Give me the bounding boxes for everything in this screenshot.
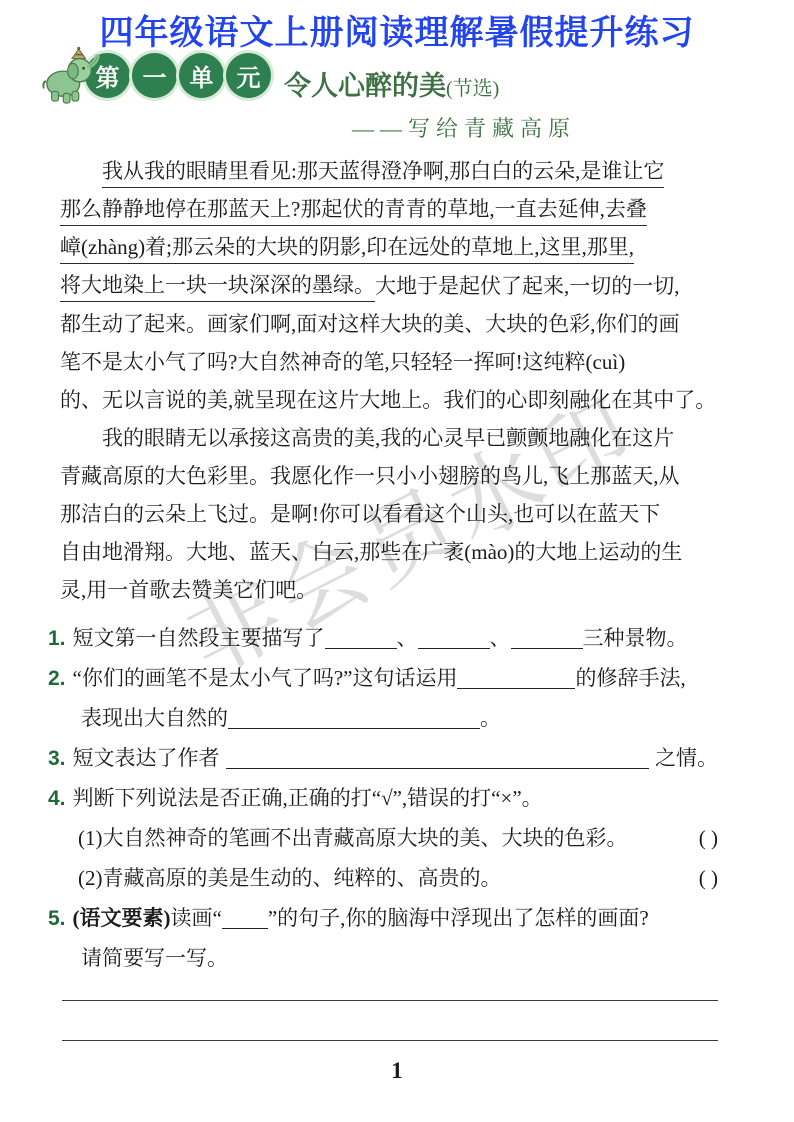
article-subtitle: ——写给青藏高原 (352, 112, 576, 143)
question-text: 短文第一自然段主要描写了 (73, 628, 325, 649)
question-text: 、 (397, 628, 418, 649)
passage-text: 的、无以言说的美,就呈现在这片大地上。我们的心即刻融化在其中了。 (60, 390, 716, 416)
question-text: ”的句子,你的脑海中浮现出了怎样的画面? (268, 908, 649, 929)
passage-line: 那洁白的云朵上飞过。是啊!你可以看看这个山头,也可以在蓝天下 (60, 492, 718, 530)
passage-text: 灵,用一首歌去赞美它们吧。 (60, 580, 317, 606)
question-text: 短文表达了作者 (73, 748, 220, 769)
passage-line: 自由地滑翔。大地、蓝天、白云,那些在广袤(mào)的大地上运动的生 (60, 530, 718, 568)
badge-circle: 单 (179, 53, 224, 98)
passage-line: 嶂(zhàng)着;那云朵的大块的阴影,印在远处的草地上,这里,那里, (60, 226, 718, 264)
question-text: 。 (480, 708, 501, 729)
question-text: 请简要写一写。 (81, 948, 228, 969)
question-2-continued: 表现出大自然的 。 (48, 694, 718, 734)
passage-text: 自由地滑翔。大地、蓝天、白云,那些在广袤(mào)的大地上运动的生 (60, 542, 682, 568)
answer-paren: ( ) (699, 828, 718, 849)
passage-line: 我的眼睛无以承接这高贵的美,我的心灵早已颤颤地融化在这片 (60, 416, 718, 454)
question-1: 1. 短文第一自然段主要描写了 、 、 三种景物。 (48, 614, 718, 654)
passage-line: 的、无以言说的美,就呈现在这片大地上。我们的心即刻融化在其中了。 (60, 378, 718, 416)
question-number: 1. (48, 628, 66, 649)
passage-text: 笔不是太小气了吗?大自然神奇的笔,只轻轻一挥呵!这纯粹(cuì) (60, 352, 625, 378)
passage-text: 那么静静地停在那蓝天上?那起伏的青青的草地,一直去延伸,去叠 (60, 199, 647, 226)
question-5-continued: 请简要写一写。 (48, 934, 718, 974)
passage-line: 都生动了起来。画家们啊,面对这样大块的美、大块的色彩,你们的画 (60, 302, 718, 340)
answer-blank (457, 685, 575, 689)
passage-text: 将大地染上一块一块深深的墨绿。 (60, 275, 375, 302)
page-number: 1 (0, 1058, 794, 1084)
question-text: 之情。 (655, 748, 718, 769)
question-text: (1)大自然神奇的笔画不出青藏高原大块的美、大块的色彩。 (78, 828, 627, 849)
answer-blank (228, 725, 480, 729)
main-content: 我从我的眼睛里看见:那天蓝得澄净啊,那白白的云朵,是谁让它 那么静静地停在那蓝天… (48, 150, 718, 974)
answer-line (62, 1040, 718, 1041)
unit-badge: 第 一 单 元 (40, 46, 271, 104)
passage-line: 青藏高原的大色彩里。我愿化作一只小小翅膀的鸟儿,飞上那蓝天,从 (60, 454, 718, 492)
question-tag: (语文要素) (73, 908, 171, 929)
passage-text: 我的眼睛无以承接这高贵的美,我的心灵早已颤颤地融化在这片 (102, 428, 674, 454)
question-3: 3. 短文表达了作者 之情。 (48, 734, 718, 774)
question-number: 4. (48, 788, 66, 809)
article-title: 令人心醉的美(节选) (284, 64, 499, 103)
unit-badge-circles: 第 一 单 元 (88, 53, 271, 98)
answer-blank (325, 645, 397, 649)
passage-line: 笔不是太小气了吗?大自然神奇的笔,只轻轻一挥呵!这纯粹(cuì) (60, 340, 718, 378)
passage-line: 我从我的眼睛里看见:那天蓝得澄净啊,那白白的云朵,是谁让它 (60, 150, 718, 188)
badge-circle: 元 (226, 53, 271, 98)
passage-text: 我从我的眼睛里看见:那天蓝得澄净啊,那白白的云朵,是谁让它 (102, 161, 664, 188)
question-text: (2)青藏高原的美是生动的、纯粹的、高贵的。 (78, 868, 502, 889)
answer-blank (226, 765, 649, 769)
elephant-icon (40, 46, 102, 104)
article-title-text: 令人心醉的美 (284, 71, 446, 101)
passage-line: 那么静静地停在那蓝天上?那起伏的青青的草地,一直去延伸,去叠 (60, 188, 718, 226)
question-4: 4. 判断下列说法是否正确,正确的打“√”,错误的打“×”。 (48, 774, 718, 814)
passage-text: 那洁白的云朵上飞过。是啊!你可以看看这个山头,也可以在蓝天下 (60, 504, 660, 530)
answer-line (62, 1000, 718, 1001)
passage-line: 灵,用一首歌去赞美它们吧。 (60, 568, 718, 606)
badge-circle: 一 (132, 53, 177, 98)
question-number: 3. (48, 748, 66, 769)
article-title-note: (节选) (446, 78, 499, 100)
passage-text: 都生动了起来。画家们啊,面对这样大块的美、大块的色彩,你们的画 (60, 314, 680, 340)
answer-paren: ( ) (699, 868, 718, 889)
answer-blank (222, 925, 268, 929)
answer-blank (511, 645, 583, 649)
content-layer: 四年级语文上册阅读理解暑假提升练习 第 一 单 (0, 0, 794, 1122)
question-text: 三种景物。 (583, 628, 688, 649)
passage-line: 将大地染上一块一块深深的墨绿。大地于是起伏了起来,一切的一切, (60, 264, 718, 302)
question-number: 5. (48, 908, 66, 929)
question-text: 、 (490, 628, 511, 649)
passage-text: 嶂(zhàng)着;那云朵的大块的阴影,印在远处的草地上,这里,那里, (60, 237, 634, 264)
question-text: 判断下列说法是否正确,正确的打“√”,错误的打“×”。 (73, 788, 543, 809)
passage-text: 青藏高原的大色彩里。我愿化作一只小小翅膀的鸟儿,飞上那蓝天,从 (60, 466, 680, 492)
question-text: “你们的画笔不是太小气了吗?”这句话运用 (73, 668, 458, 689)
question-text: 表现出大自然的 (81, 708, 228, 729)
worksheet-page: 非会员水印 四年级语文上册阅读理解暑假提升练习 第 一 (0, 0, 794, 1122)
question-4-item-2: (2)青藏高原的美是生动的、纯粹的、高贵的。 ( ) (48, 854, 718, 894)
passage-text: 大地于是起伏了起来,一切的一切, (375, 276, 680, 302)
question-4-item-1: (1)大自然神奇的笔画不出青藏高原大块的美、大块的色彩。 ( ) (48, 814, 718, 854)
answer-blank (418, 645, 490, 649)
question-text: 读画“ (171, 908, 222, 929)
question-text: 的修辞手法, (575, 668, 685, 689)
question-number: 2. (48, 668, 66, 689)
question-2: 2. “你们的画笔不是太小气了吗?”这句话运用 的修辞手法, (48, 654, 718, 694)
question-5: 5. (语文要素) 读画“ ”的句子,你的脑海中浮现出了怎样的画面? (48, 894, 718, 934)
